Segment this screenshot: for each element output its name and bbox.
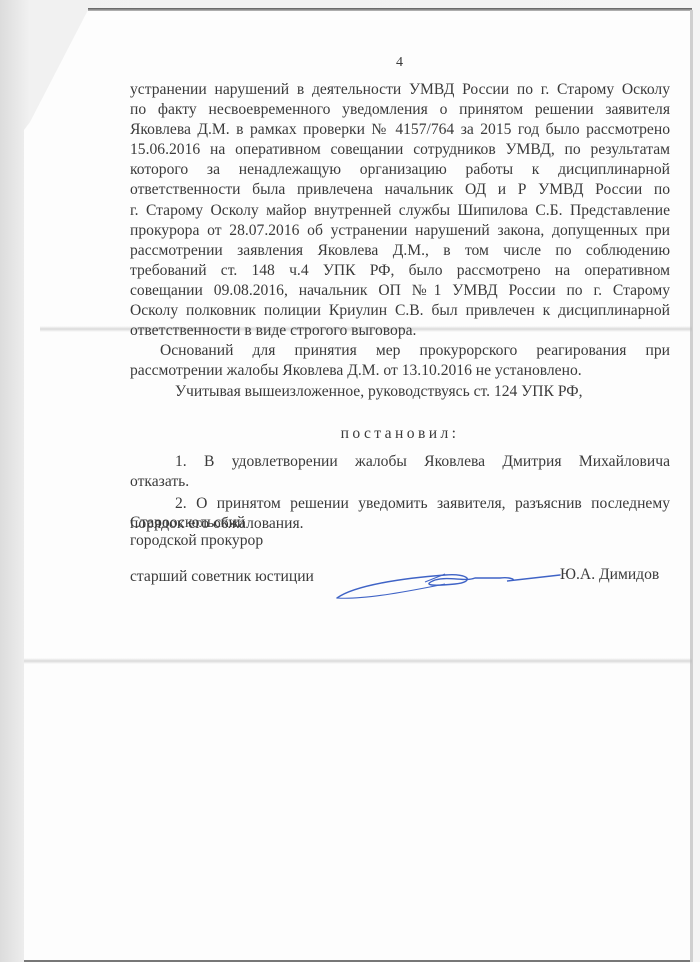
text-line: Оснований для принятия мер прокурорского… <box>130 341 670 361</box>
paragraph-2: Оснований для принятия мер прокурорского… <box>130 341 670 381</box>
text-line: 15.06.2016 на оперативном совещании сотр… <box>130 140 670 160</box>
resolution-heading: постановил: <box>130 425 670 443</box>
text-line: которого за ненадлежащую организацию раб… <box>130 160 670 180</box>
text-line: ответственности была привлечена начальни… <box>130 180 670 200</box>
paragraph-1: устранении нарушений в деятельности УМВД… <box>130 80 670 341</box>
text-line: совещании 09.08.2016, начальник ОП №1 УМ… <box>130 281 670 301</box>
org-line: Старооскольский <box>130 514 263 532</box>
text-line: рассмотрении жалобы Яковлева Д.М. от 13.… <box>130 361 670 381</box>
text-line: прокурора от 28.07.2016 об устранении на… <box>130 221 670 241</box>
text-line: рассмотрении заявления Яковлева Д.М., в … <box>130 241 670 261</box>
text-line: Учитывая вышеизложенное, руководствуясь … <box>130 382 670 402</box>
text-line: 2. О принятом решении уведомить заявител… <box>130 494 670 514</box>
signatory-rank: старший советник юстиции <box>130 568 314 586</box>
signatory-organization: Старооскольский городской прокурор <box>130 514 263 550</box>
page-right-edge <box>690 10 693 962</box>
handwritten-signature-icon <box>325 560 565 605</box>
org-line: городской прокурор <box>130 532 263 550</box>
text-line: отказать. <box>130 472 670 492</box>
paper-fold-line <box>24 658 692 664</box>
text-line: устранении нарушений в деятельности УМВД… <box>130 80 670 100</box>
resolution-item-1: 1. В удовлетворении жалобы Яковлева Дмит… <box>130 452 670 492</box>
text-line: г. Старому Осколу майор внутренней служб… <box>130 201 670 221</box>
text-line: ответственности в виде строгого выговора… <box>130 321 670 341</box>
paragraph-3: Учитывая вышеизложенное, руководствуясь … <box>130 382 670 402</box>
page-number: 4 <box>396 55 403 71</box>
text-line: 1. В удовлетворении жалобы Яковлева Дмит… <box>130 452 670 472</box>
text-line: Осколу полковник полиции Криулин С.В. бы… <box>130 301 670 321</box>
text-line: требований ст. 148 ч.4 УПК РФ, было расс… <box>130 261 670 281</box>
text-line: по факту несвоевременного уведомления о … <box>130 100 670 120</box>
signatory-name: Ю.А. Димидов <box>560 566 659 584</box>
text-line: Яковлева Д.М. в рамках проверки № 4157/7… <box>130 120 670 140</box>
page-top-edge <box>88 8 692 11</box>
